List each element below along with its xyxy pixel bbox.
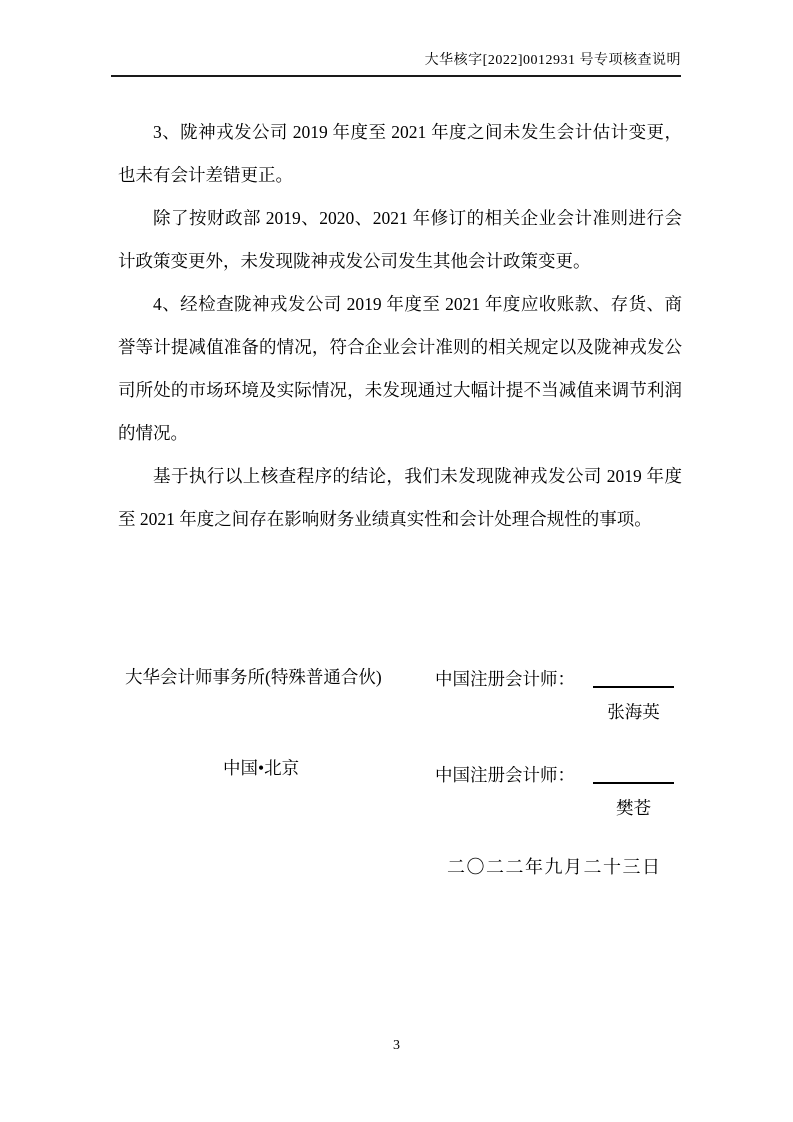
cpa-name-2: 樊苍	[593, 795, 674, 820]
firm-location: 中国•北京	[223, 755, 299, 780]
cpa-name-1: 张海英	[593, 699, 674, 724]
signature-line-2	[593, 782, 674, 784]
cpa-label-1: 中国注册会计师：	[435, 666, 575, 691]
firm-name: 大华会计师事务所(特殊普通合伙)	[125, 664, 382, 689]
signature-block: 大华会计师事务所(特殊普通合伙) 中国注册会计师： 张海英 中国•北京 中国注册…	[0, 0, 793, 1122]
cpa-label-2: 中国注册会计师：	[435, 762, 575, 787]
document-page: 大华核字[2022]0012931 号专项核查说明 3、陇神戎发公司 2019 …	[0, 0, 793, 1122]
page-number: 3	[0, 1038, 793, 1054]
signature-line-1	[593, 686, 674, 688]
signature-date: 二〇二二年九月二十三日	[447, 853, 662, 879]
